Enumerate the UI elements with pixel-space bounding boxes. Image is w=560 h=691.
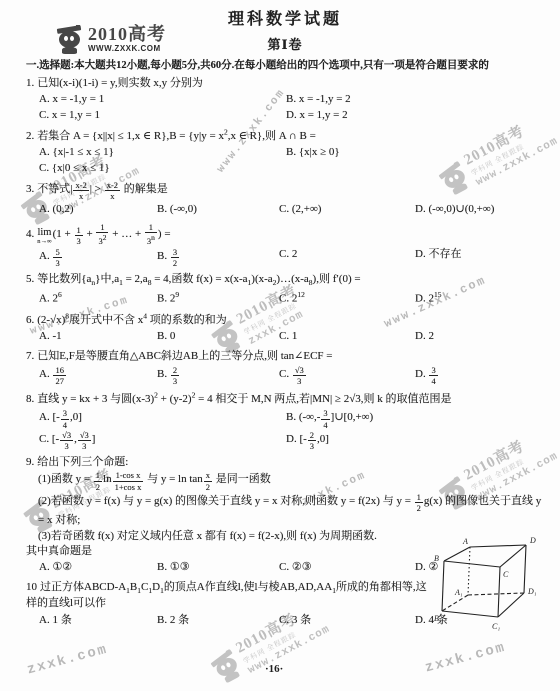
question-7: 7.已知E,F是等腰直角△ABC斜边AB上的三等分点,则 tan∠ECF = A… [26,349,544,387]
vertex-label: B [434,554,439,563]
watermark-site: zxxk.com [25,642,110,679]
cube-figure: A D B C A₁ D₁ B₁ C₁ [434,531,560,633]
question-number: 9. [26,456,34,468]
question-8: 8.直线 y = kx + 3 与圆(x-3)2 + (y-2)2 = 4 相交… [26,390,544,451]
question-stem: 若集合 A = {x||x| ≤ 1,x ∈ R},B = {y|y = x2,… [37,130,316,142]
question-number: 2. [26,130,34,142]
option-c: C. ②③ [279,560,411,575]
question-stem: 等比数列{an}中,a1 = 2,a8 = 4,函数 f(x) = x(x-a1… [37,273,360,285]
section-instructions: 一.选择题:本大题共12小题,每小题5分,共60分.在每小题给出的四个选项中,只… [26,57,544,72]
vertex-label: A [462,537,468,546]
zxxk-mascot-icon [56,25,84,55]
vertex-label: D [529,536,536,545]
option-b: B. x = -1,y = 2 [286,92,544,107]
zxxk-brand-logo: 2010高考 WWW.ZXXK.COM [56,25,166,55]
option-c: C. (2,+∞) [279,202,411,217]
vertex-label: C₁ [492,622,500,631]
vertex-label: A₁ [454,588,463,597]
question-stem: 已知(x-i)(1-i) = y,则实数 x,y 分别为 [37,77,203,89]
option-a: A. 1 条 [39,613,153,628]
option-a: A. ①② [39,560,153,575]
question-number: 1. [26,77,34,89]
question-stem: limn→∞(1 + 13 + 132 + … + 13n) = [37,228,170,240]
option-a: A. 1627 [39,365,153,386]
vertex-label: D₁ [527,587,537,596]
question-6: 6.(2-√x)8展开式中不含 x4 项的系数的和为 A. -1 B. 0 C.… [26,311,544,344]
option-b: B. (-∞,0) [157,202,275,217]
vertex-label: C [503,570,509,579]
proposition-1: (1)函数 y = 12ln1-cos x1+cos x 与 y = ln ta… [38,470,544,491]
question-stem: 已知E,F是等腰直角△ABC斜边AB上的三等分点,则 tan∠ECF = [37,350,332,362]
exam-paper-page: 2010高考学科网 全程跟踪www.zxxk.com 2010高考学科网 全程跟… [0,0,560,691]
option-d: D. 34 [415,365,544,386]
option-c: C. [-√33,√33] [39,430,282,451]
option-a: A. [-34,0] [39,408,282,429]
vertex-label: B₁ [434,614,442,623]
option-d: D. [-23,0] [286,430,544,451]
option-b: B. 32 [157,247,275,268]
question-number: 10 [26,581,37,593]
question-stem: 给出下列三个命题: [37,456,128,468]
option-c: C. 2 [279,247,411,268]
question-number: 4. [26,228,34,240]
question-number: 7. [26,350,34,362]
option-c: C. 1 [279,329,411,344]
option-a: A. {x|-1 ≤ x ≤ 1} [39,145,282,160]
option-d: D. 2 [415,329,544,344]
option-d: D. 不存在 [415,247,544,268]
option-c: C. √33 [279,365,411,386]
proposition-2: (2)若函数 y = f(x) 与 y = g(x) 的图像关于直线 y = x… [38,492,544,529]
question-number: 8. [26,393,34,405]
question-number: 5. [26,273,34,285]
question-4: 4.limn→∞(1 + 13 + 132 + … + 13n) = A. 53… [26,222,544,269]
option-b: B. {x|x ≥ 0} [286,145,544,160]
question-2: 2.若集合 A = {x||x| ≤ 1,x ∈ R},B = {y|y = x… [26,127,544,176]
option-a: A. 26 [39,290,153,307]
question-5: 5.等比数列{an}中,a1 = 2,a8 = 4,函数 f(x) = x(x-… [26,272,544,307]
question-stem: (2-√x)8展开式中不含 x4 项的系数的和为 [37,314,227,326]
option-a: A. x = -1,y = 1 [39,92,282,107]
option-d: D. 215 [415,290,544,307]
option-a: A. 53 [39,247,153,268]
option-b: B. 29 [157,290,275,307]
option-b: B. 23 [157,365,275,386]
brand-name: 2010高考 [88,25,166,45]
question-stem: 过正方体ABCD-A1B1C1D1的顶点A作直线l,使l与棱AB,AD,AA1所… [26,581,427,610]
option-b: B. 0 [157,329,275,344]
option-b: B. 2 条 [157,613,275,628]
option-c: C. 212 [279,290,411,307]
question-1: 1.已知(x-i)(1-i) = y,则实数 x,y 分别为 A. x = -1… [26,76,544,123]
question-stem: 直线 y = kx + 3 与圆(x-3)2 + (y-2)2 = 4 相交于 … [37,393,451,405]
option-a: A. -1 [39,329,153,344]
option-d: D. (-∞,0)∪(0,+∞) [415,202,544,217]
option-c: C. {x|0 ≤ x ≤ 1} [39,161,282,176]
watermark-site: zxxk.com [423,640,508,677]
option-b: B. ①③ [157,560,275,575]
option-c: C. x = 1,y = 1 [39,108,282,123]
option-a: A. (0,2) [39,202,153,217]
question-number: 3. [26,183,34,195]
option-d: D. x = 1,y = 2 [286,108,544,123]
option-b: B. (-∞,-34]∪[0,+∞) [286,408,544,429]
page-number: ·16· [265,663,283,675]
question-number: 6. [26,314,34,326]
brand-site-url: WWW.ZXXK.COM [88,44,166,53]
question-stem: 不等式|x-2x| > x-2x 的解集是 [37,183,168,195]
question-3: 3.不等式|x-2x| > x-2x 的解集是 A. (0,2) B. (-∞,… [26,180,544,218]
option-c: C. 3 条 [279,613,411,628]
